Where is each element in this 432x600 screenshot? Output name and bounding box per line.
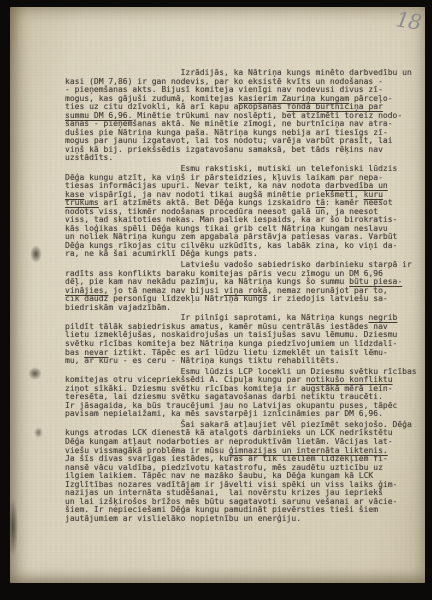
paper-smudge	[34, 427, 43, 438]
paragraph: Esmu rakstiski, mutiski un telefoniski l…	[65, 165, 421, 259]
paper-edge-shadow	[8, 497, 18, 557]
paragraph: Latviešu vadošo sabiedrisko darbinieku s…	[65, 261, 421, 312]
paragraph: Šai sakarā atļaujiet vēl piezīmēt sekojo…	[65, 421, 421, 524]
document-page: 18 Izrādijās, ka Nātriņa kungs minēto da…	[10, 7, 425, 583]
paragraph: Izrādijās, ka Nātriņa kungs minēto darbv…	[65, 69, 421, 163]
paper-smudge	[28, 367, 42, 380]
document-line: jautājumiem ar vislielāko nopietnību un …	[65, 515, 421, 524]
document-line: pavisam nepielaižami, ka mēs savstarpēji…	[65, 410, 421, 419]
document-line: biedriskām vajadzībām.	[65, 304, 421, 313]
document-line: mu, ar kuru - es ceru - Nātriņa kungs ti…	[65, 357, 421, 366]
document-line: uzstādīts.	[65, 154, 421, 163]
typewritten-text-block: Izrādijās, ka Nātriņa kungs minēto darbv…	[65, 69, 421, 525]
paragraph: Esmu lūdzis LCP locekli un Dziesmu svētk…	[65, 368, 421, 419]
document-line: ra, ne kā šai acumirklī Dēģa kungs pats.	[65, 250, 421, 259]
paragraph: Ir pilnīgi saprotami, ka Nātriņa kungs n…	[65, 314, 421, 365]
document-line: viņš kā bij. priekšsēdis izgatavošanu sa…	[65, 146, 421, 155]
paper-smudge	[30, 245, 42, 263]
handwritten-page-number: 18	[394, 7, 422, 35]
